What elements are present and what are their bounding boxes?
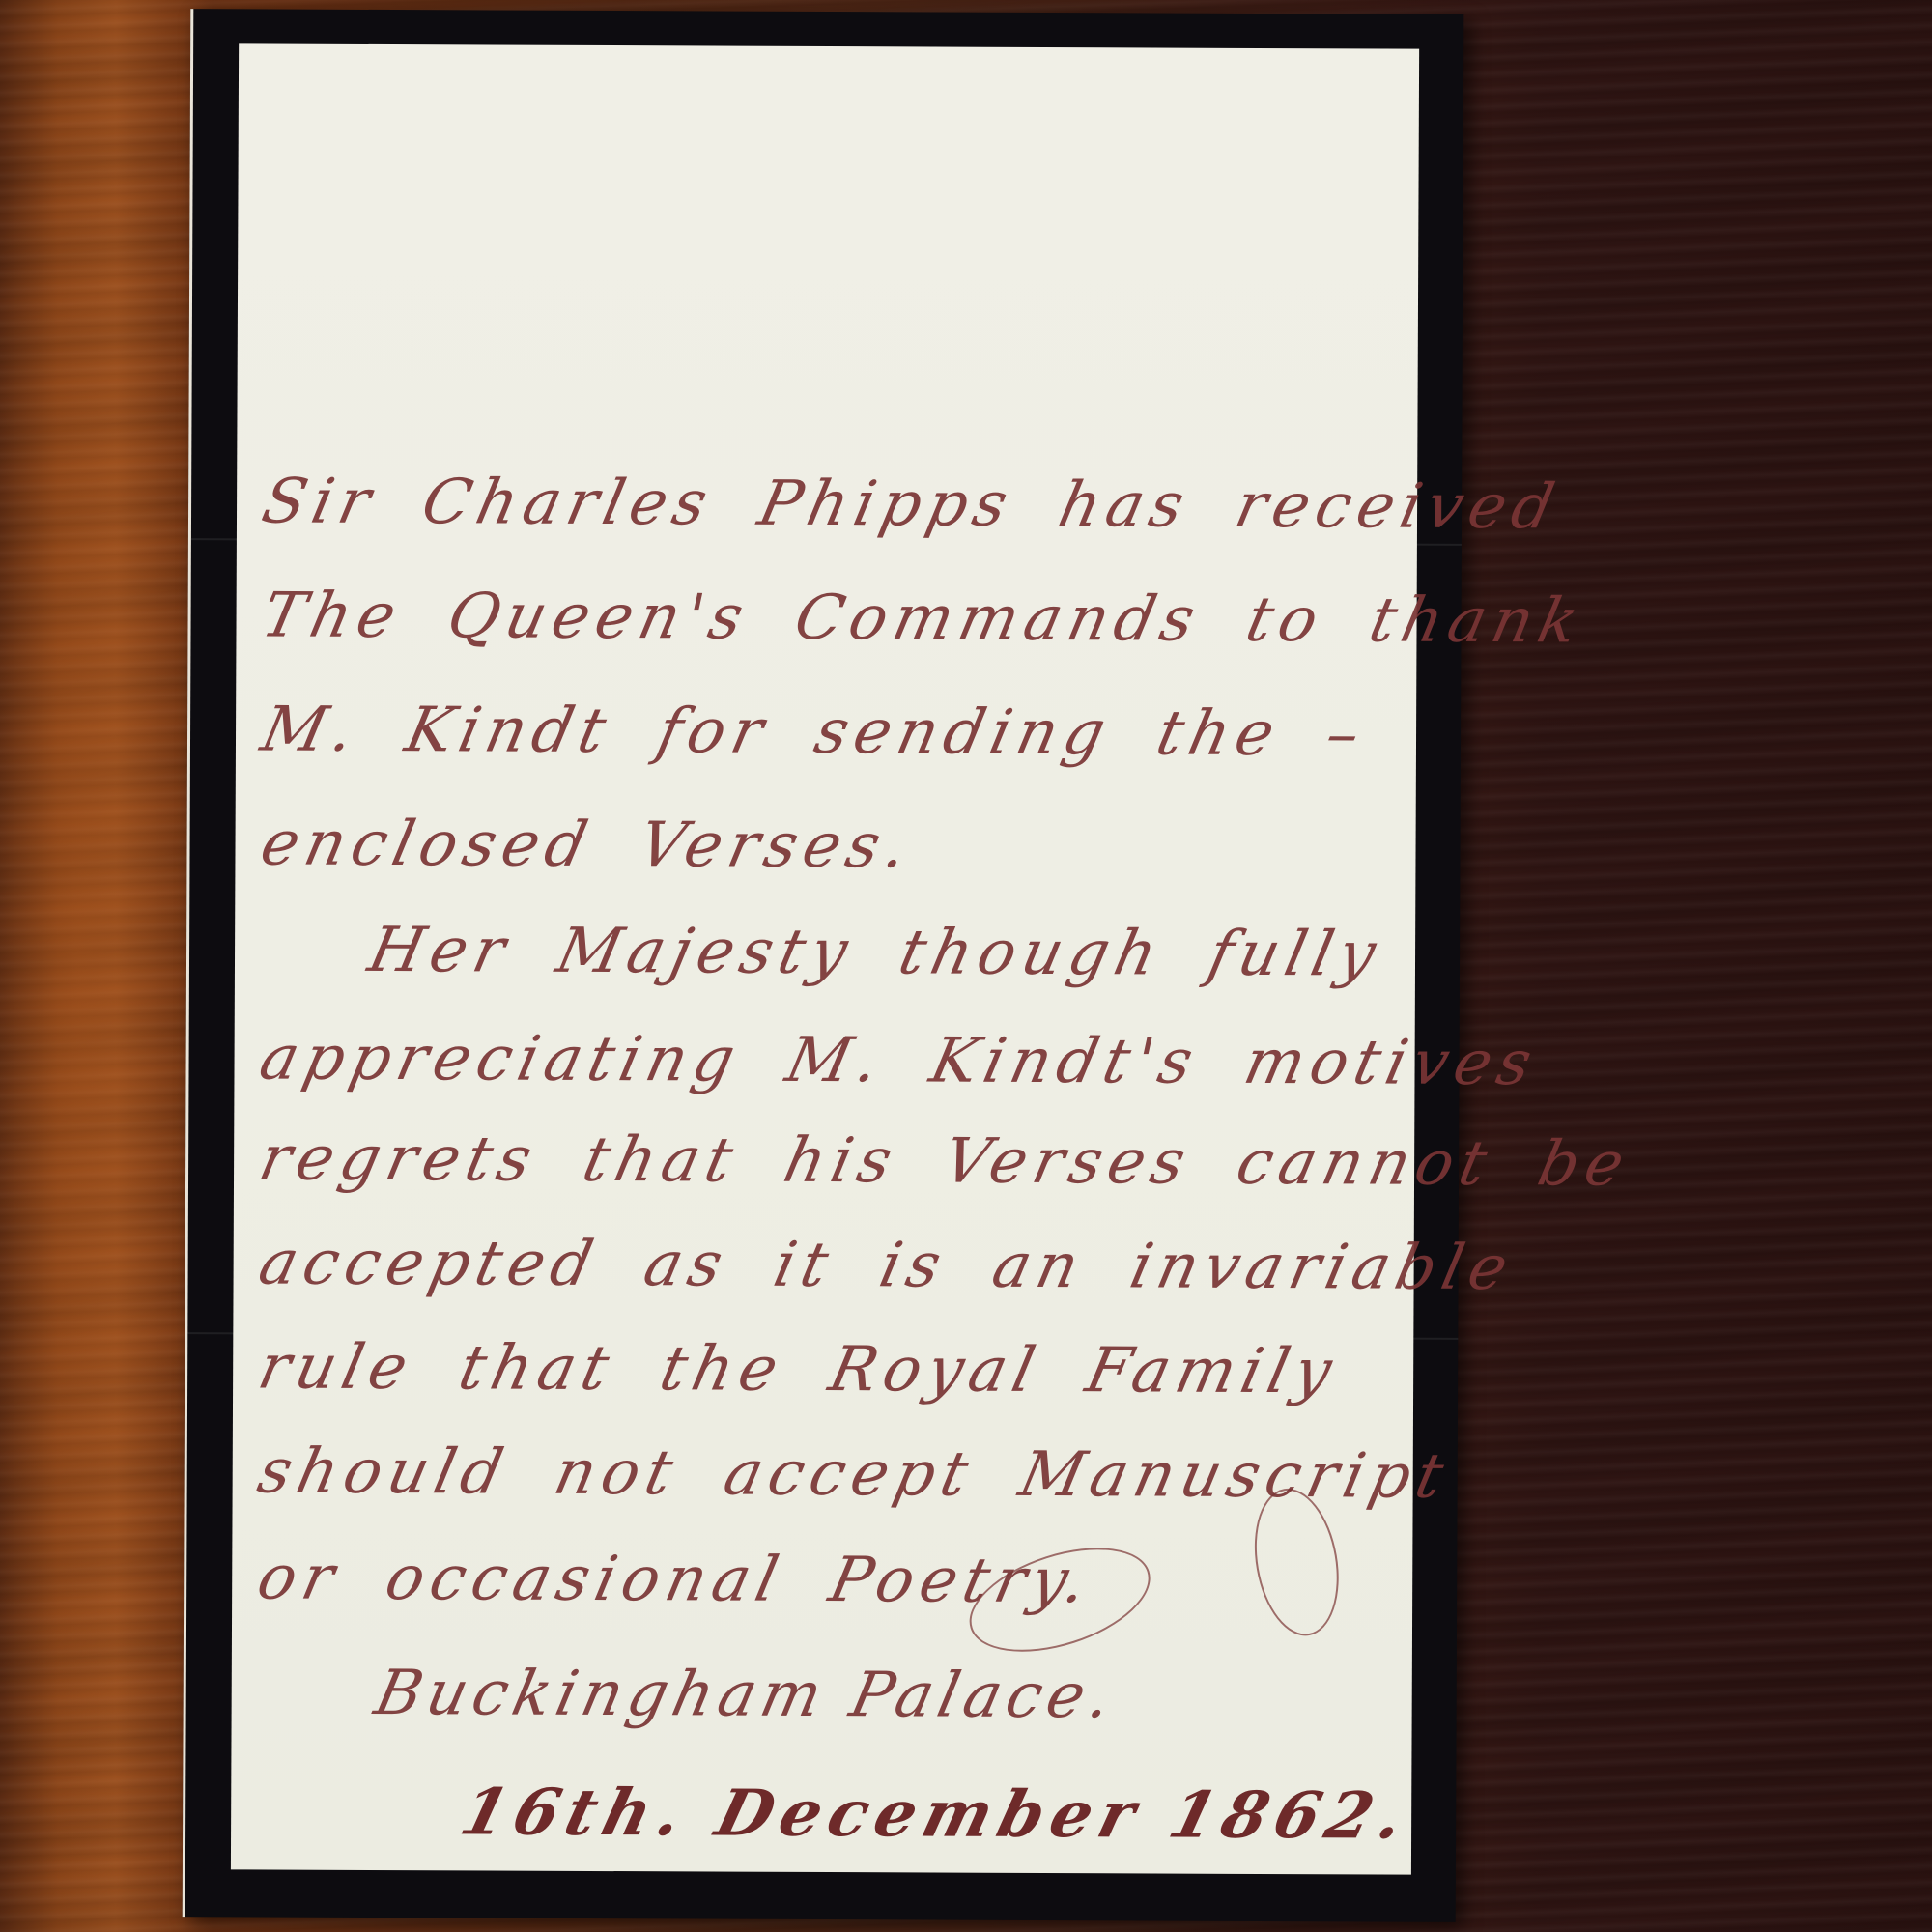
letter-line-10: should not accept Manuscript xyxy=(253,1440,1391,1507)
letter-line-3: M. Kindt for sending the – xyxy=(256,698,1394,765)
date-line: 16th. December 1862. xyxy=(453,1774,1419,1853)
place-line: Buckingham Palace. xyxy=(369,1658,1123,1732)
letter-line-11: or occasional Poetry. xyxy=(252,1547,1390,1613)
letter-line-1: Sir Charles Phipps has received xyxy=(257,470,1395,537)
letter-paper: Sir Charles Phipps has received The Quee… xyxy=(231,43,1419,1874)
letter-body: Sir Charles Phipps has received The Quee… xyxy=(231,43,1419,1874)
letter-line-2: The Queen's Commands to thank xyxy=(257,584,1395,651)
letter-line-5: Her Majesty though fully xyxy=(363,920,1393,986)
wood-table-background xyxy=(0,0,193,1932)
letter-line-6: appreciating M. Kindt's motives xyxy=(255,1027,1393,1094)
letter-line-9: rule that the Royal Family xyxy=(253,1336,1391,1403)
mourning-card: Sir Charles Phipps has received The Quee… xyxy=(183,9,1464,1922)
letter-line-8: accepted as it is an invariable xyxy=(254,1232,1392,1298)
letter-line-4: enclosed Verses. xyxy=(256,812,1394,879)
letter-line-7: regrets that his Verses cannot be xyxy=(254,1127,1392,1194)
